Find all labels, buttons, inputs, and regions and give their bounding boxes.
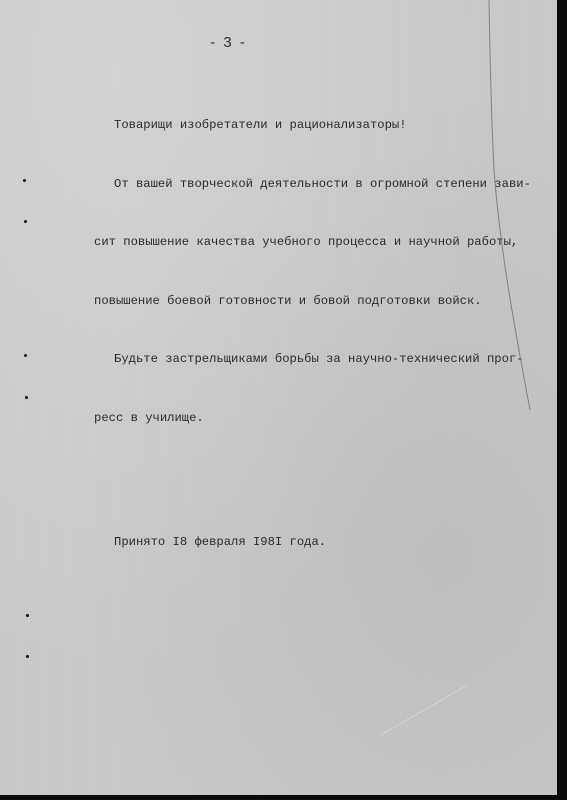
adoption-date: Принято I8 февраля I98I года. — [94, 533, 557, 553]
paragraph-1-line-3: повышение боевой готовности и бовой подг… — [94, 292, 557, 312]
margin-mark — [25, 396, 28, 399]
salutation: Товарищи изобретатели и рационализаторы! — [94, 116, 557, 136]
paragraph-2-line-1: Будьте застрельщиками борьбы за научно-т… — [94, 350, 557, 370]
document-body: Товарищи изобретатели и рационализаторы!… — [94, 77, 557, 592]
document-page: - 3 - Товарищи изобретатели и рационализ… — [0, 0, 557, 795]
margin-mark — [26, 614, 29, 617]
paragraph-gap — [94, 467, 557, 494]
paper-crease — [380, 685, 467, 736]
page-number: - 3 - — [0, 34, 557, 51]
page-number-text: - 3 - — [210, 34, 247, 51]
margin-mark — [26, 655, 29, 658]
margin-mark — [23, 179, 26, 182]
margin-mark — [24, 220, 27, 223]
scan-frame: - 3 - Товарищи изобретатели и рационализ… — [0, 0, 567, 800]
paragraph-1-line-2: сит повышение качества учебного процесса… — [94, 233, 557, 253]
paragraph-2-line-2: ресс в училище. — [94, 409, 557, 429]
margin-mark — [24, 354, 27, 357]
paragraph-1-line-1: От вашей творческой деятельности в огром… — [94, 175, 557, 195]
